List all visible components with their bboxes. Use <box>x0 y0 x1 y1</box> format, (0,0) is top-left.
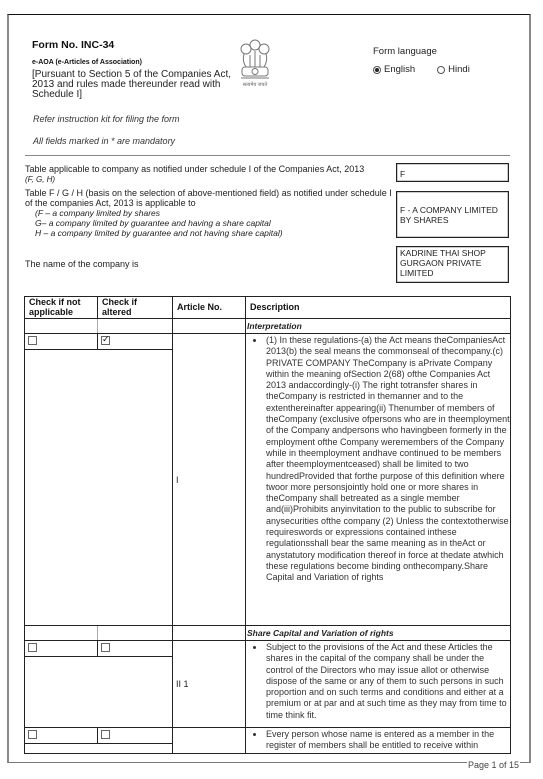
table-fgh-question: Table F / G / H (basis on the selection … <box>25 188 395 238</box>
table-header-row: Check if not applicable Check if altered… <box>25 297 511 319</box>
radio-hindi-indicator[interactable] <box>437 66 445 74</box>
article-description: Subject to the provisions of the Act and… <box>246 641 511 728</box>
state-emblem-icon: सत्यमेव जयते <box>236 37 274 89</box>
radio-hindi[interactable]: Hindi <box>437 64 470 75</box>
col-header-altered: Check if altered <box>98 297 173 319</box>
radio-english-label: English <box>384 64 415 75</box>
table-row: II 1 Subject to the provisions of the Ac… <box>25 641 511 657</box>
mandatory-note: All fields marked in * are mandatory <box>33 136 175 146</box>
instruction-note: Refer instruction kit for filing the for… <box>33 114 180 124</box>
form-subtitle: e-AOA (e-Articles of Association) <box>32 59 142 66</box>
form-language-radio-group: English Hindi <box>373 64 470 75</box>
company-name-label: The name of the company is <box>25 259 139 269</box>
altered-checkbox[interactable] <box>101 643 110 652</box>
col-header-article-no: Article No. <box>173 297 246 319</box>
table-fgh-label: Table F / G / H (basis on the selection … <box>25 188 395 208</box>
section-divider <box>25 155 510 156</box>
pursuant-text: [Pursuant to Section 5 of the Companies … <box>32 70 232 100</box>
col-header-not-applicable: Check if not applicable <box>25 297 98 319</box>
section-title: Share Capital and Variation of rights <box>246 626 511 641</box>
article-description: Every person whose name is entered as a … <box>246 728 511 754</box>
section-row-share-capital: Share Capital and Variation of rights <box>25 626 511 641</box>
radio-hindi-label: Hindi <box>448 64 470 75</box>
article-description: (1) In these regulations-(a) the Act mea… <box>246 334 511 626</box>
page-indicator: Page 1 of 15 <box>467 760 520 770</box>
svg-text:सत्यमेव जयते: सत्यमेव जयते <box>243 81 268 88</box>
not-applicable-checkbox[interactable] <box>28 730 37 739</box>
altered-checkbox[interactable] <box>101 730 110 739</box>
table-applicable-question: Table applicable to company as notified … <box>25 164 395 185</box>
table-applicable-label: Table applicable to company as notified … <box>25 164 364 174</box>
radio-english[interactable]: English <box>373 64 415 75</box>
not-applicable-checkbox[interactable] <box>28 336 37 345</box>
table-fgh-option-g: G– a company limited by guarantee and ha… <box>25 218 395 228</box>
table-fgh-field[interactable]: F - A COMPANY LIMITED BY SHARES <box>396 191 509 238</box>
table-fgh-option-h: H – a company limited by guarantee and n… <box>25 228 395 238</box>
form-number: Form No. INC-34 <box>32 39 114 51</box>
article-number: I <box>173 334 246 626</box>
altered-checkbox[interactable] <box>101 336 110 345</box>
section-row-interpretation: Interpretation <box>25 319 511 334</box>
table-row: I (1) In these regulations-(a) the Act m… <box>25 334 511 350</box>
article-number: II 1 <box>173 641 246 728</box>
section-title: Interpretation <box>246 319 511 334</box>
company-name-field[interactable]: KADRINE THAI SHOP GURGAON PRIVATE LIMITE… <box>396 246 509 283</box>
articles-table: Check if not applicable Check if altered… <box>24 296 511 754</box>
table-applicable-field[interactable]: F <box>396 163 509 182</box>
table-fgh-option-f: (F – a company limited by shares <box>25 208 395 218</box>
col-header-description: Description <box>246 297 511 319</box>
not-applicable-checkbox[interactable] <box>28 643 37 652</box>
table-applicable-hint: (F, G, H) <box>25 175 55 184</box>
form-language-label: Form language <box>373 46 437 57</box>
article-number <box>173 728 246 754</box>
table-row: Every person whose name is entered as a … <box>25 728 511 744</box>
radio-english-indicator[interactable] <box>373 66 381 74</box>
